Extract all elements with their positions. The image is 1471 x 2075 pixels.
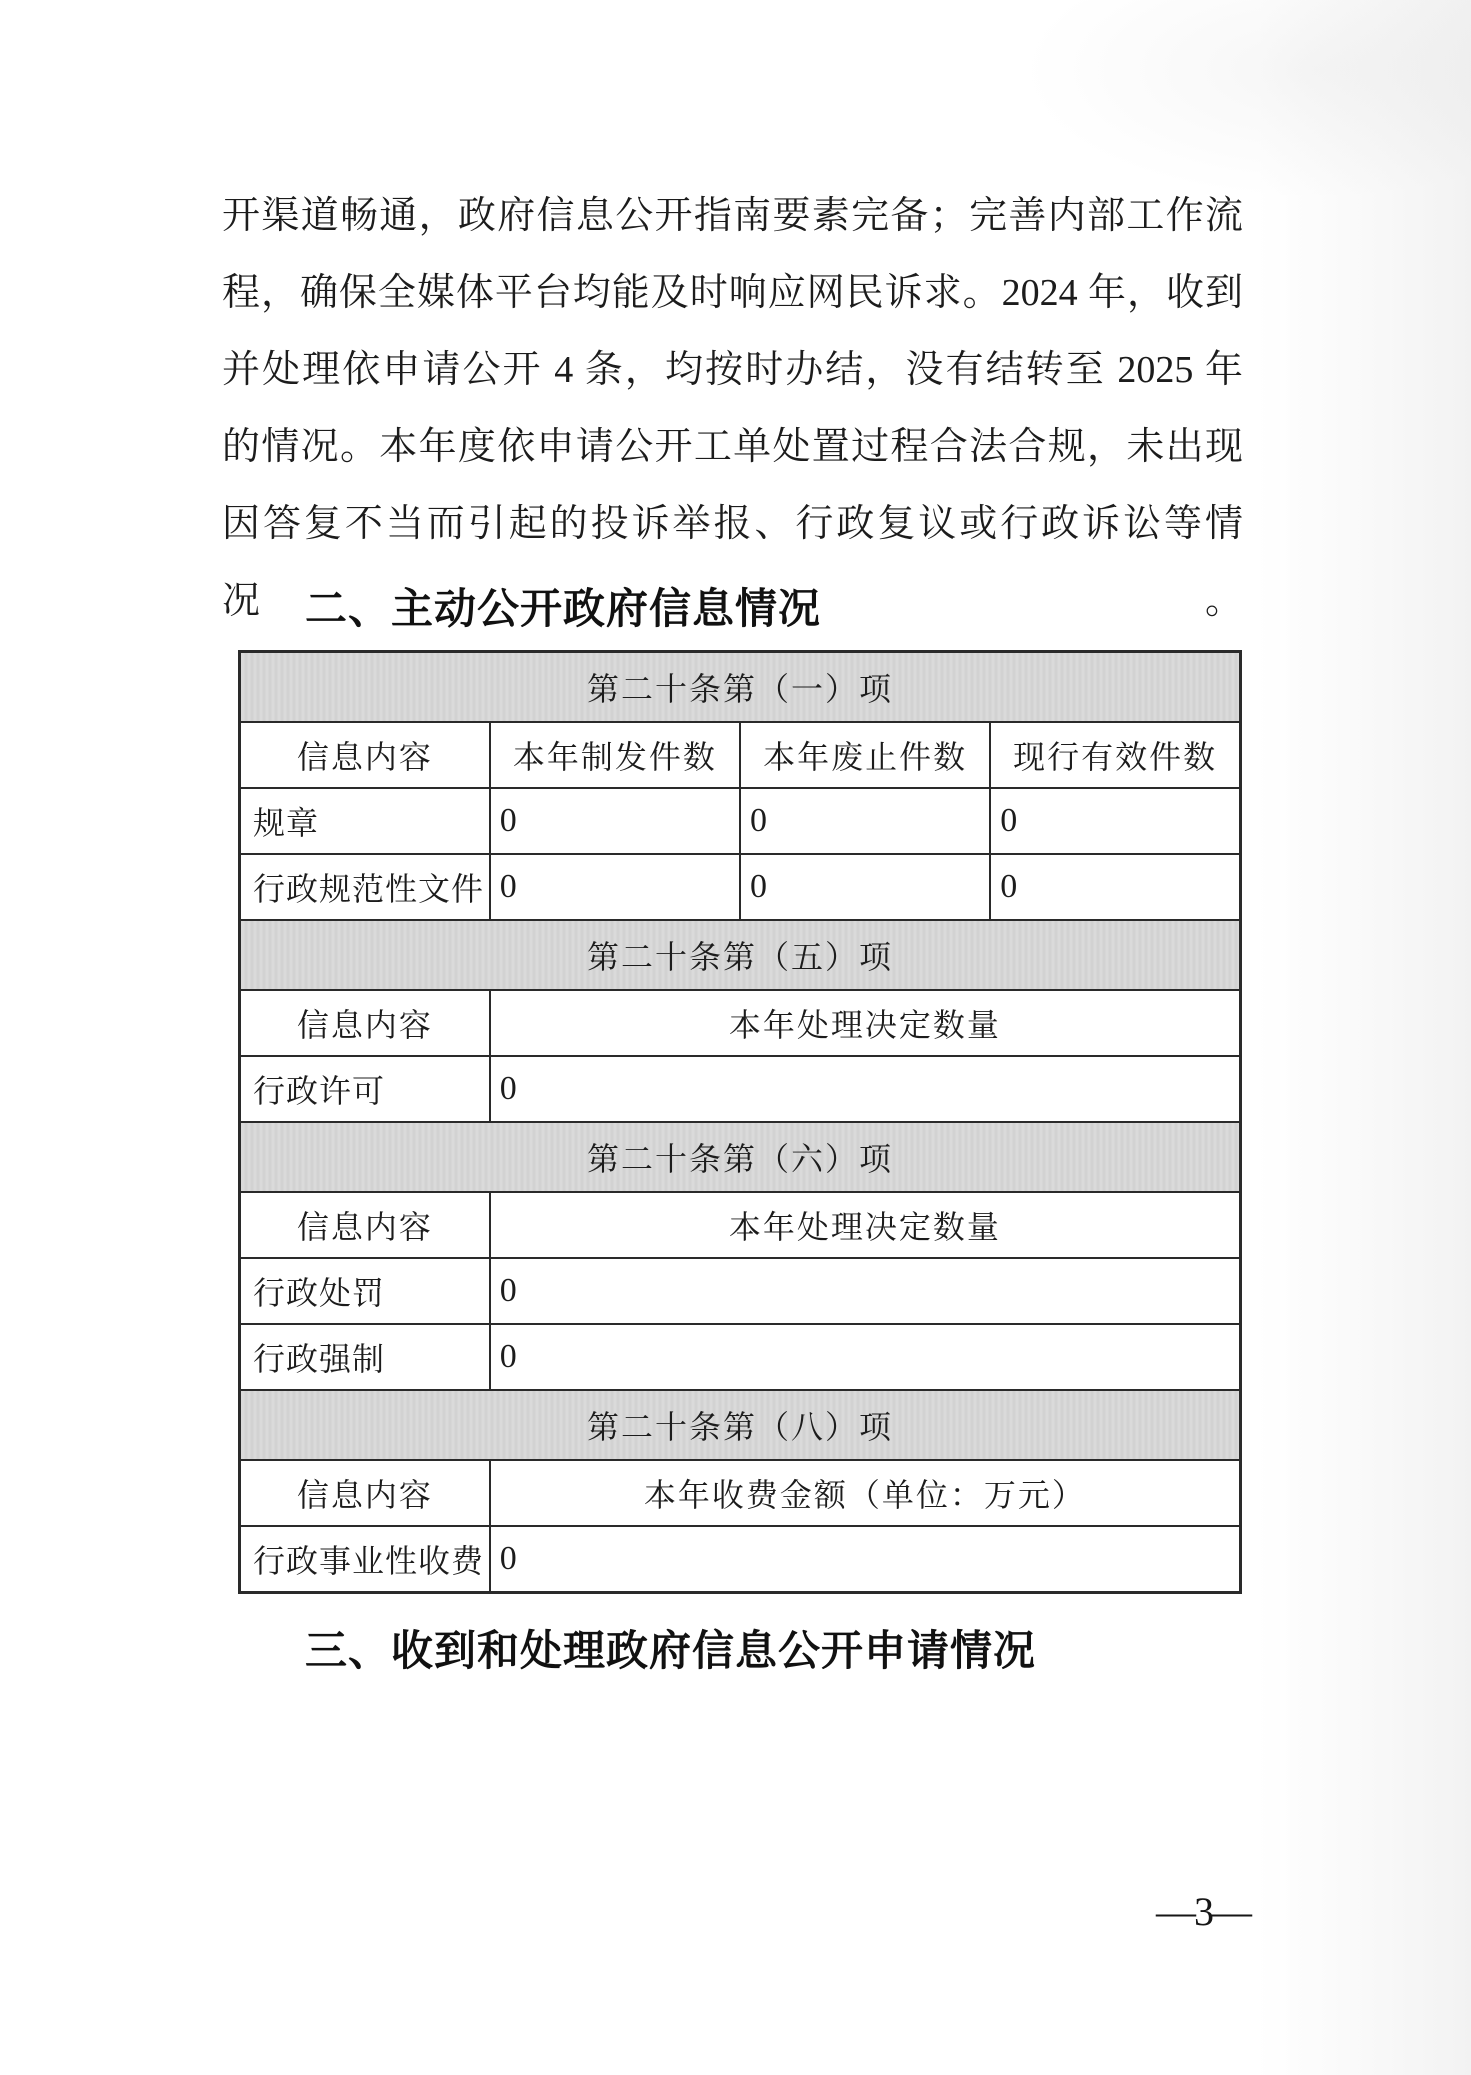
table-section-title: 第二十条第（五）项 xyxy=(240,920,1241,990)
page-number: —3— xyxy=(1156,1888,1250,1935)
table-header-cell: 本年废止件数 xyxy=(740,722,990,788)
value-cell: 0 xyxy=(990,788,1240,854)
value-cell: 0 xyxy=(490,788,740,854)
row-label-cell: 行政规范性文件 xyxy=(240,854,490,920)
row-label-cell: 行政强制 xyxy=(240,1324,490,1390)
table-row: 第二十条第（八）项 xyxy=(240,1390,1241,1460)
value-cell: 0 xyxy=(740,854,990,920)
value-cell: 0 xyxy=(490,1526,1241,1593)
table-row: 行政处罚 0 xyxy=(240,1258,1241,1324)
value-cell: 0 xyxy=(490,1056,1241,1122)
table-section-title: 第二十条第（八）项 xyxy=(240,1390,1241,1460)
body-line: 程，确保全媒体平台均能及时响应网民诉求。2024 年，收到 xyxy=(222,255,1243,332)
value-cell: 0 xyxy=(740,788,990,854)
section-heading-proactive-disclosure: 二、主动公开政府信息情况 xyxy=(305,576,821,636)
table-header-cell: 信息内容 xyxy=(240,1460,490,1526)
table-row: 信息内容 本年制发件数 本年废止件数 现行有效件数 xyxy=(240,722,1241,788)
table-row: 行政规范性文件 0 0 0 xyxy=(240,854,1241,920)
section-heading-requests-received: 三、收到和处理政府信息公开申请情况 xyxy=(305,1618,1036,1678)
table-header-cell: 信息内容 xyxy=(240,990,490,1056)
table-row: 行政事业性收费 0 xyxy=(240,1526,1241,1593)
scan-artifact-top xyxy=(1020,0,1471,200)
disclosure-statistics-table: 第二十条第（一）项 信息内容 本年制发件数 本年废止件数 现行有效件数 规章 0… xyxy=(238,650,1242,1594)
table-row: 第二十条第（五）项 xyxy=(240,920,1241,990)
table-row: 规章 0 0 0 xyxy=(240,788,1241,854)
table-header-cell: 本年处理决定数量 xyxy=(490,990,1241,1056)
value-cell: 0 xyxy=(490,854,740,920)
scan-artifact-right xyxy=(1256,0,1471,2075)
table-row: 第二十条第（六）项 xyxy=(240,1122,1241,1192)
body-paragraph: 开渠道畅通，政府信息公开指南要素完备；完善内部工作流 程，确保全媒体平台均能及时… xyxy=(222,178,1243,563)
table-header-cell: 信息内容 xyxy=(240,722,490,788)
table-row: 第二十条第（一）项 xyxy=(240,652,1241,723)
value-cell: 0 xyxy=(490,1324,1241,1390)
value-cell: 0 xyxy=(490,1258,1241,1324)
table-section-title: 第二十条第（六）项 xyxy=(240,1122,1241,1192)
row-label-cell: 行政处罚 xyxy=(240,1258,490,1324)
body-line: 的情况。本年度依申请公开工单处置过程合法合规，未出现 xyxy=(222,409,1243,486)
table-header-cell: 本年制发件数 xyxy=(490,722,740,788)
table-row: 信息内容 本年收费金额（单位：万元） xyxy=(240,1460,1241,1526)
value-cell: 0 xyxy=(990,854,1240,920)
table-row: 行政强制 0 xyxy=(240,1324,1241,1390)
table-row: 信息内容 本年处理决定数量 xyxy=(240,1192,1241,1258)
table-row: 行政许可 0 xyxy=(240,1056,1241,1122)
table-header-cell: 现行有效件数 xyxy=(990,722,1240,788)
table-header-cell: 本年收费金额（单位：万元） xyxy=(490,1460,1241,1526)
table-header-cell: 本年处理决定数量 xyxy=(490,1192,1241,1258)
row-label-cell: 行政许可 xyxy=(240,1056,490,1122)
body-line: 并处理依申请公开 4 条，均按时办结，没有结转至 2025 年 xyxy=(222,332,1243,409)
table-header-cell: 信息内容 xyxy=(240,1192,490,1258)
table-section-title: 第二十条第（一）项 xyxy=(240,652,1241,723)
body-line: 开渠道畅通，政府信息公开指南要素完备；完善内部工作流 xyxy=(222,178,1243,255)
row-label-cell: 规章 xyxy=(240,788,490,854)
scanned-report-page: { "doc": { "body": { "lines": [ "开渠道畅通，政… xyxy=(0,0,1471,2075)
row-label-cell: 行政事业性收费 xyxy=(240,1526,490,1593)
table-row: 信息内容 本年处理决定数量 xyxy=(240,990,1241,1056)
body-line: 因答复不当而引起的投诉举报、行政复议或行政诉讼等情况。 xyxy=(222,486,1243,563)
